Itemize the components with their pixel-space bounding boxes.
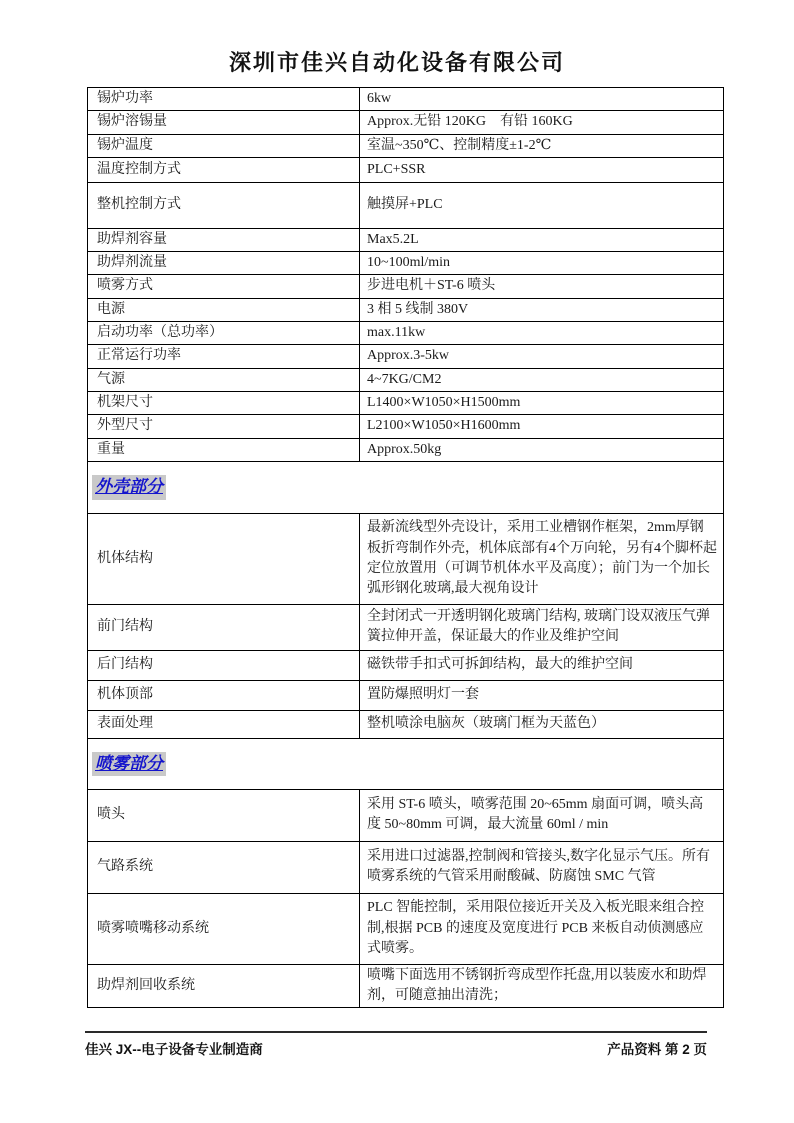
footer: 佳兴 JX--电子设备专业制造商 产品资料 第 2 页 xyxy=(85,1031,707,1058)
row-value: 置防爆照明灯一套 xyxy=(360,680,724,710)
spec-table: 锡炉功率6kw锡炉溶锡量Approx.无铅 120KG 有铅 160KG锡炉温度… xyxy=(87,87,724,1008)
row-value: L2100×W1050×H1600mm xyxy=(360,415,724,438)
row-label: 机体顶部 xyxy=(88,680,360,710)
row-value: 磁铁带手扣式可拆卸结构，最大的维护空间 xyxy=(360,650,724,680)
row-label: 锡炉功率 xyxy=(88,88,360,111)
table-row: 表面处理整机喷涂电脑灰（玻璃门框为天蓝色） xyxy=(88,710,724,738)
row-label: 外型尺寸 xyxy=(88,415,360,438)
row-value: 4~7KG/CM2 xyxy=(360,368,724,391)
row-value: 3 相 5 线制 380V xyxy=(360,298,724,321)
table-row: 锡炉功率6kw xyxy=(88,88,724,111)
row-label: 表面处理 xyxy=(88,710,360,738)
spec-table-body: 锡炉功率6kw锡炉溶锡量Approx.无铅 120KG 有铅 160KG锡炉温度… xyxy=(88,88,724,1008)
table-row: 机架尺寸L1400×W1050×H1500mm xyxy=(88,391,724,414)
row-label: 启动功率（总功率） xyxy=(88,322,360,345)
table-row: 气路系统采用进口过滤器,控制阀和管接头,数字化显示气压。所有喷雾系统的气管采用耐… xyxy=(88,841,724,893)
page-title: 深圳市佳兴自动化设备有限公司 xyxy=(0,46,794,77)
section-title: 喷雾部分 xyxy=(92,752,166,777)
section-title: 外壳部分 xyxy=(92,475,166,500)
table-row: 启动功率（总功率）max.11kw xyxy=(88,322,724,345)
table-row: 电源3 相 5 线制 380V xyxy=(88,298,724,321)
row-value: 10~100ml/min xyxy=(360,252,724,275)
table-row: 锡炉温度室温~350℃、控制精度±1-2℃ xyxy=(88,134,724,157)
row-label: 锡炉溶锡量 xyxy=(88,111,360,134)
row-label: 温度控制方式 xyxy=(88,157,360,182)
row-label: 助焊剂容量 xyxy=(88,228,360,251)
row-value: PLC 智能控制，采用限位接近开关及入板光眼来组合控制,根据 PCB 的速度及宽… xyxy=(360,893,724,964)
row-value: 全封闭式一开透明钢化玻璃门结构, 玻璃门设双液压气弹簧拉伸开盖，保证最大的作业及… xyxy=(360,604,724,650)
row-label: 前门结构 xyxy=(88,604,360,650)
table-row: 锡炉溶锡量Approx.无铅 120KG 有铅 160KG xyxy=(88,111,724,134)
table-row: 气源4~7KG/CM2 xyxy=(88,368,724,391)
row-label: 喷雾方式 xyxy=(88,275,360,298)
row-label: 助焊剂回收系统 xyxy=(88,964,360,1008)
row-value: 6kw xyxy=(360,88,724,111)
row-value: Approx.50kg xyxy=(360,438,724,461)
table-row: 后门结构磁铁带手扣式可拆卸结构，最大的维护空间 xyxy=(88,650,724,680)
section-header-row: 外壳部分 xyxy=(88,461,724,513)
table-row: 温度控制方式PLC+SSR xyxy=(88,157,724,182)
row-value: 喷嘴下面选用不锈钢折弯成型作托盘,用以装废水和助焊剂，可随意抽出清洗； xyxy=(360,964,724,1008)
row-value: 整机喷涂电脑灰（玻璃门框为天蓝色） xyxy=(360,710,724,738)
row-label: 整机控制方式 xyxy=(88,182,360,228)
table-row: 正常运行功率Approx.3-5kw xyxy=(88,345,724,368)
row-label: 机体结构 xyxy=(88,513,360,604)
table-row: 助焊剂容量Max5.2L xyxy=(88,228,724,251)
row-value: 步进电机＋ST-6 喷头 xyxy=(360,275,724,298)
table-row: 整机控制方式触摸屏+PLC xyxy=(88,182,724,228)
section-header-row: 喷雾部分 xyxy=(88,738,724,789)
document-page: 深圳市佳兴自动化设备有限公司 锡炉功率6kw锡炉溶锡量Approx.无铅 120… xyxy=(0,0,794,1123)
row-label: 助焊剂流量 xyxy=(88,252,360,275)
footer-page-info: 产品资料 第 2 页 xyxy=(607,1038,707,1058)
table-row: 机体结构最新流线型外壳设计，采用工业槽钢作框架，2mm厚钢板折弯制作外壳，机体底… xyxy=(88,513,724,604)
row-value: Max5.2L xyxy=(360,228,724,251)
row-value: 最新流线型外壳设计，采用工业槽钢作框架，2mm厚钢板折弯制作外壳，机体底部有4个… xyxy=(360,513,724,604)
row-label: 后门结构 xyxy=(88,650,360,680)
row-label: 重量 xyxy=(88,438,360,461)
table-row: 机体顶部置防爆照明灯一套 xyxy=(88,680,724,710)
table-row: 喷雾方式步进电机＋ST-6 喷头 xyxy=(88,275,724,298)
row-label: 正常运行功率 xyxy=(88,345,360,368)
row-value: 采用 ST-6 喷头，喷雾范围 20~65mm 扇面可调，喷头高度 50~80m… xyxy=(360,789,724,841)
table-row: 助焊剂流量10~100ml/min xyxy=(88,252,724,275)
row-value: PLC+SSR xyxy=(360,157,724,182)
footer-company-label: 佳兴 JX--电子设备专业制造商 xyxy=(85,1038,263,1058)
row-value: max.11kw xyxy=(360,322,724,345)
row-label: 喷头 xyxy=(88,789,360,841)
row-value: 采用进口过滤器,控制阀和管接头,数字化显示气压。所有喷雾系统的气管采用耐酸碱、防… xyxy=(360,841,724,893)
row-label: 气源 xyxy=(88,368,360,391)
row-value: Approx.3-5kw xyxy=(360,345,724,368)
table-row: 重量Approx.50kg xyxy=(88,438,724,461)
table-row: 喷雾喷嘴移动系统PLC 智能控制，采用限位接近开关及入板光眼来组合控制,根据 P… xyxy=(88,893,724,964)
row-label: 机架尺寸 xyxy=(88,391,360,414)
table-row: 助焊剂回收系统喷嘴下面选用不锈钢折弯成型作托盘,用以装废水和助焊剂，可随意抽出清… xyxy=(88,964,724,1008)
row-value: L1400×W1050×H1500mm xyxy=(360,391,724,414)
table-row: 喷头采用 ST-6 喷头，喷雾范围 20~65mm 扇面可调，喷头高度 50~8… xyxy=(88,789,724,841)
row-label: 锡炉温度 xyxy=(88,134,360,157)
row-value: 室温~350℃、控制精度±1-2℃ xyxy=(360,134,724,157)
table-row: 外型尺寸L2100×W1050×H1600mm xyxy=(88,415,724,438)
row-value: Approx.无铅 120KG 有铅 160KG xyxy=(360,111,724,134)
table-row: 前门结构全封闭式一开透明钢化玻璃门结构, 玻璃门设双液压气弹簧拉伸开盖，保证最大… xyxy=(88,604,724,650)
row-label: 气路系统 xyxy=(88,841,360,893)
row-value: 触摸屏+PLC xyxy=(360,182,724,228)
row-label: 喷雾喷嘴移动系统 xyxy=(88,893,360,964)
row-label: 电源 xyxy=(88,298,360,321)
